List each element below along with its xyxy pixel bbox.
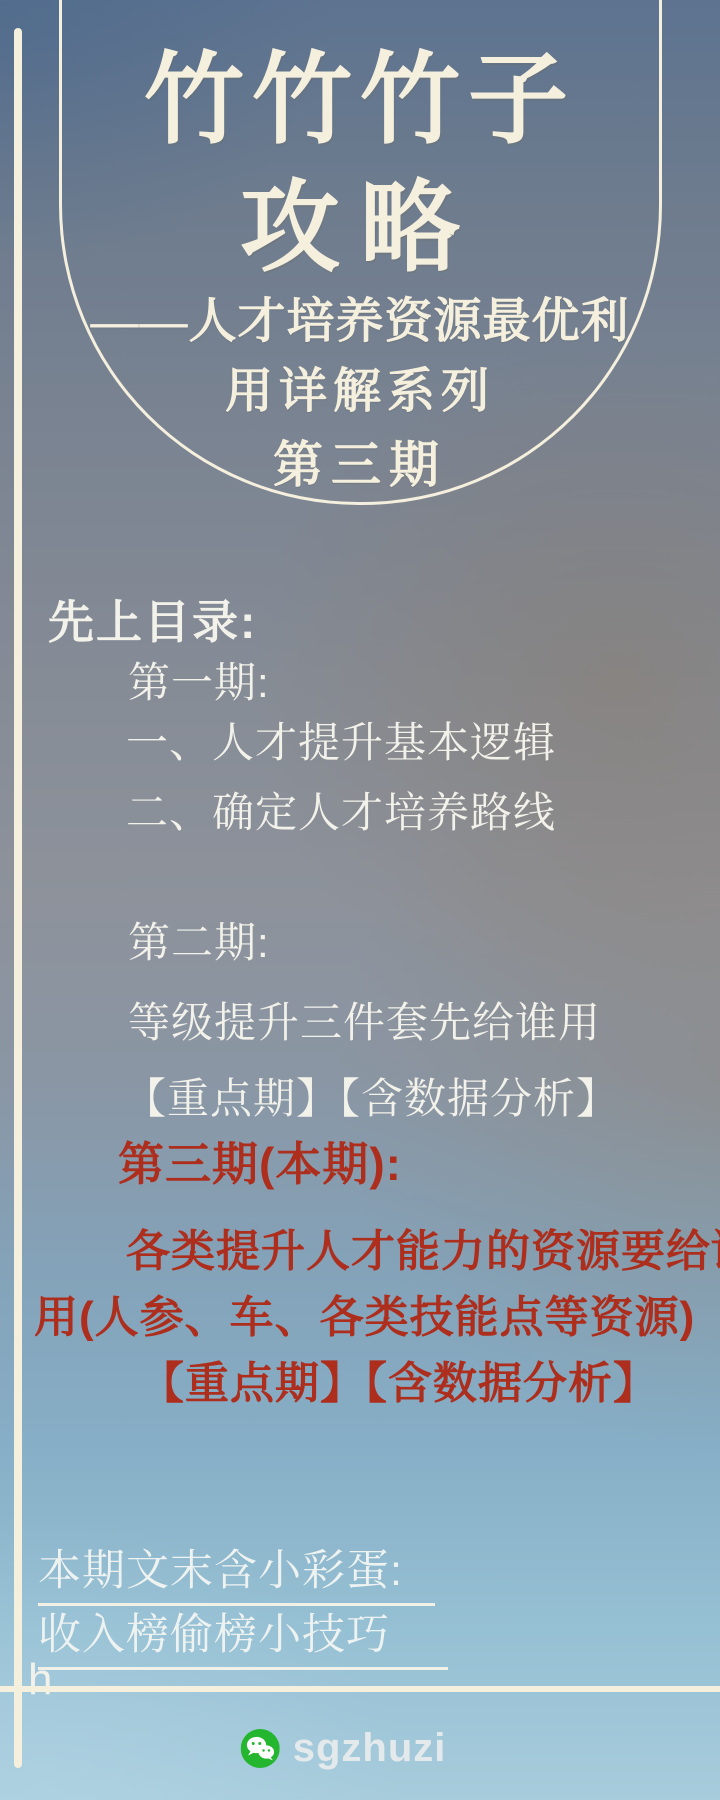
page-subtitle-line2: 用详解系列 [0,366,720,418]
toc-part2-line2: 【重点期】【含数据分析】 [124,1076,619,1121]
page-subtitle-line1: ——人才培养资源最优利 [0,296,720,348]
toc-part2-title: 第二期: [128,920,270,965]
teaser-line1: 本期文末含小彩蛋: [38,1548,435,1606]
stray-character: h [28,1656,52,1704]
wechat-icon [241,1729,280,1768]
wechat-id-text: sgzhuzi [293,1729,447,1768]
page-title-line1: 竹竹竹子 [0,46,720,154]
poster-background: 竹竹竹子 攻略 ——人才培养资源最优利 用详解系列 第三期 先上目录: 第一期:… [0,0,720,1800]
toc-part3-line3: 【重点期】【含数据分析】 [140,1360,658,1408]
toc-part1-item2: 二、确定人才培养路线 [126,790,556,835]
toc-part2-line1: 等级提升三件套先给谁用 [128,1000,601,1045]
toc-part1-title: 第一期: [128,660,270,705]
page-subtitle-line3: 第三期 [0,438,720,492]
left-accent-line [14,28,22,1768]
toc-part3-line2: 用(人参、车、各类技能点等资源) [34,1294,695,1342]
wechat-badge: sgzhuzi [0,1729,720,1773]
toc-part3-line1: 各类提升人才能力的资源要给谁 [126,1228,720,1276]
toc-part3-title: 第三期(本期): [118,1140,402,1190]
toc-part1-item1: 一、人才提升基本逻辑 [126,720,556,765]
toc-heading: 先上目录: [48,598,257,648]
page-title-line2: 攻略 [0,174,720,282]
teaser-line2: 收入榜偷榜小技巧 [38,1612,448,1670]
bottom-divider-line [0,1686,720,1692]
